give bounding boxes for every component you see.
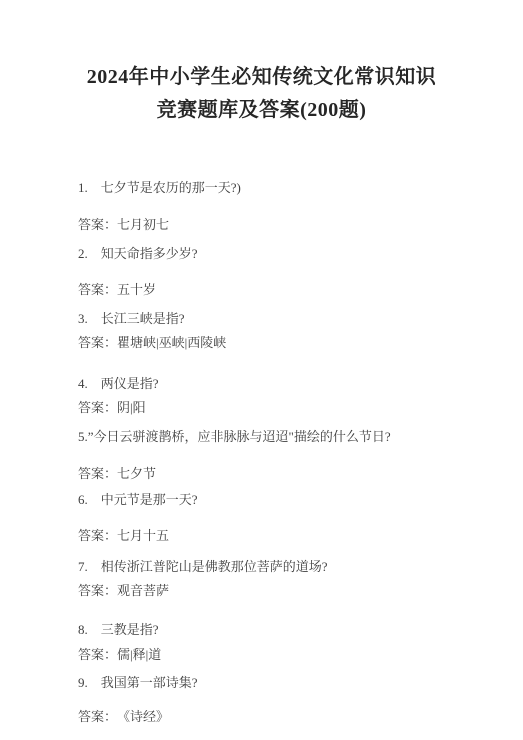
answer-5: 答案：七夕节 xyxy=(78,465,503,483)
answer-6: 答案：七月十五 xyxy=(78,527,503,545)
question-6: 6. 中元节是那一天? xyxy=(78,491,503,509)
answer-9: 答案： 《诗经》 xyxy=(78,708,503,726)
question-3: 3. 长江三峡是指? xyxy=(78,310,503,328)
question-9: 9. 我国第一部诗集? xyxy=(78,674,503,692)
document-title-line-2: 竞赛题库及答案(200题) xyxy=(0,97,523,123)
answer-1: 答案：七月初七 xyxy=(78,216,503,234)
answer-3: 答案：瞿塘峡|巫峡|西陵峡 xyxy=(78,334,503,352)
question-7: 7. 相传浙江普陀山是佛教那位菩萨的道场? xyxy=(78,558,503,576)
question-1: 1. 七夕节是农历的那一天?) xyxy=(78,179,503,197)
question-5: 5.”今日云骈渡鹊桥，应非脉脉与迢迢"描绘的什么节日? xyxy=(78,428,503,446)
answer-2: 答案：五十岁 xyxy=(78,281,503,299)
document-title-line-1: 2024年中小学生必知传统文化常识知识 xyxy=(0,64,523,90)
question-8: 8. 三教是指? xyxy=(78,621,503,639)
answer-7: 答案：观音菩萨 xyxy=(78,582,503,600)
document-page: 2024年中小学生必知传统文化常识知识 竞赛题库及答案(200题) 1. 七夕节… xyxy=(0,0,523,740)
question-2: 2. 知天命指多少岁? xyxy=(78,245,503,263)
question-4: 4. 两仪是指? xyxy=(78,375,503,393)
answer-8: 答案：儒|释|道 xyxy=(78,646,503,664)
answer-4: 答案：阴|阳 xyxy=(78,399,503,417)
